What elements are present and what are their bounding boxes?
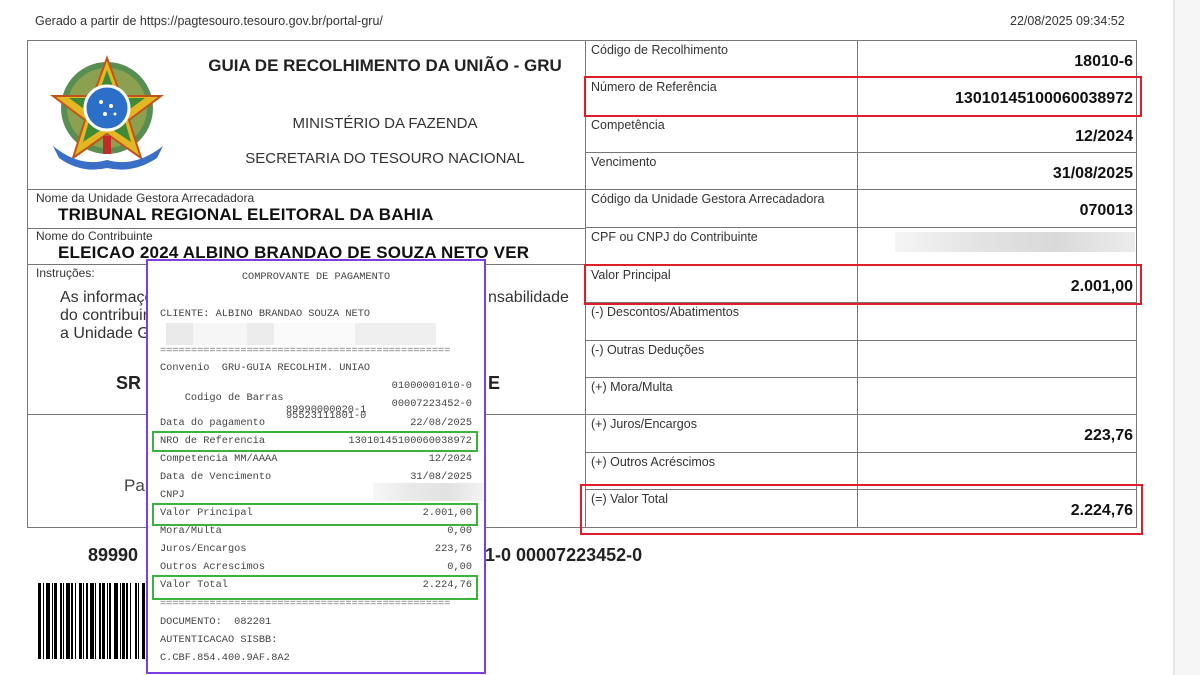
receipt-codigo-barras-2b: 00007223452-0 — [392, 398, 472, 410]
receipt-redacted — [166, 323, 436, 345]
receipt-codigo-barras-2: 95523111801-0 00007223452-0 — [160, 398, 472, 412]
field-value-codigo-da-unidade-gestora-arrecadadora: 070013 — [860, 202, 1133, 220]
instrucoes-tail: nsabilidade — [488, 288, 569, 307]
brazil-coat-of-arms-icon — [45, 50, 170, 175]
instrucoes-line-1: As informaçõ — [60, 288, 153, 307]
receipt-autenticacao-label: AUTENTICACAO SISBB: — [160, 634, 472, 648]
receipt-client: CLIENTE: ALBINO BRANDAO SOUZA NETO — [160, 308, 472, 322]
receipt-row: Data do pagamento22/08/2025 — [160, 417, 472, 431]
contribuinte-label: Nome do Contribuinte — [36, 229, 153, 243]
receipt-separator-top: ========================================… — [160, 345, 472, 359]
ministry-name: MINISTÉRIO DA FAZENDA — [195, 115, 575, 132]
receipt-row-value: 223,76 — [435, 543, 472, 555]
receipt-row: Outros Acrescimos0,00 — [160, 561, 472, 575]
barcode-digits-left: 89990 — [88, 545, 138, 566]
generated-from-note: Gerado a partir de https://pagtesouro.te… — [35, 14, 383, 28]
receipt-highlight-valor-total — [152, 575, 478, 600]
receipt-cnpj-redacted — [373, 483, 483, 501]
gru-title: GUIA DE RECOLHIMENTO DA UNIÃO - GRU — [195, 56, 575, 76]
barcode-digits-right: 1-0 00007223452-0 — [485, 545, 642, 566]
instrucoes-label: Instruções: — [36, 266, 95, 280]
receipt-highlight-valor-principal — [152, 503, 478, 526]
receipt-row-label: Data do pagamento — [160, 417, 265, 429]
receipt-highlight-referencia — [152, 431, 478, 452]
generated-datetime: 22/08/2025 09:34:52 — [1010, 14, 1125, 28]
field-label-descontos-abatimentos: (-) Descontos/Abatimentos — [591, 305, 739, 319]
instrucoes-line-2: do contribuin — [60, 306, 152, 325]
receipt-row-value: 0,00 — [447, 561, 472, 573]
receipt-autenticacao-value: C.CBF.854.400.9AF.8A2 — [160, 652, 472, 666]
field-label-outros-acrescimos: (+) Outros Acréscimos — [591, 455, 715, 469]
receipt-row: Juros/Encargos223,76 — [160, 543, 472, 557]
field-label-outras-deducoes: (-) Outras Deduções — [591, 343, 704, 357]
receipt-row-label: Juros/Encargos — [160, 543, 247, 555]
receipt-separator-bottom: ========================================… — [160, 598, 472, 612]
field-value-juros-encargos: 223,76 — [860, 427, 1133, 445]
highlight-valor-principal — [584, 264, 1142, 305]
receipt-row-label: Competencia MM/AAAA — [160, 453, 277, 465]
receipt-row: Mora/Multa0,00 — [160, 525, 472, 539]
field-label-codigo-da-unidade-gestora-arrecadadora: Código da Unidade Gestora Arrecadadora — [591, 192, 824, 206]
field-value-vencimento: 31/08/2025 — [860, 165, 1133, 183]
secretariat-name: SECRETARIA DO TESOURO NACIONAL — [195, 150, 575, 167]
receipt-row-value: 12/2024 — [429, 453, 472, 465]
receipt-row-label: Mora/Multa — [160, 525, 222, 537]
receipt-row-label: CNPJ — [160, 489, 185, 501]
partial-bold-right: E — [488, 373, 500, 394]
field-label-codigo-de-recolhimento: Código de Recolhimento — [591, 43, 728, 57]
field-label-mora-multa: (+) Mora/Multa — [591, 380, 673, 394]
receipt-row-value: 0,00 — [447, 525, 472, 537]
cpf-redacted — [895, 232, 1135, 252]
field-label-vencimento: Vencimento — [591, 155, 656, 169]
unidade-value: TRIBUNAL REGIONAL ELEITORAL DA BAHIA — [58, 205, 434, 225]
instrucoes-line-3: a Unidade G — [60, 324, 150, 343]
field-label-competencia: Competência — [591, 118, 665, 132]
vertical-scrollbar[interactable] — [1173, 0, 1200, 675]
receipt-row-label: Data de Vencimento — [160, 471, 271, 483]
receipt-row-label: Outros Acrescimos — [160, 561, 265, 573]
highlight-numero-referencia — [584, 76, 1142, 117]
field-label-cpf-ou-cnpj-do-contribuinte: CPF ou CNPJ do Contribuinte — [591, 230, 758, 244]
payment-receipt: COMPROVANTE DE PAGAMENTO CLIENTE: ALBINO… — [146, 259, 486, 674]
unidade-label: Nome da Unidade Gestora Arrecadadora — [36, 191, 254, 205]
highlight-valor-total — [580, 484, 1143, 535]
receipt-documento: DOCUMENTO: 082201 — [160, 616, 472, 630]
field-label-juros-encargos: (+) Juros/Encargos — [591, 417, 697, 431]
receipt-row: Competencia MM/AAAA12/2024 — [160, 453, 472, 467]
receipt-title: COMPROVANTE DE PAGAMENTO — [148, 271, 484, 285]
receipt-row-value: 31/08/2025 — [410, 471, 472, 483]
partial-bold-left: SR — [116, 373, 141, 394]
field-value-codigo-de-recolhimento: 18010-6 — [860, 53, 1133, 71]
partial-pay-text: Pa — [124, 476, 145, 496]
receipt-codigo-barras-1b: 01000001010-0 — [392, 380, 472, 392]
receipt-row-value: 22/08/2025 — [410, 417, 472, 429]
field-value-competencia: 12/2024 — [860, 128, 1133, 146]
receipt-convenio: Convenio GRU-GUIA RECOLHIM. UNIAO — [160, 362, 472, 376]
receipt-codigo-barras-1: Codigo de Barras 89990000020-1 010000010… — [160, 380, 472, 394]
